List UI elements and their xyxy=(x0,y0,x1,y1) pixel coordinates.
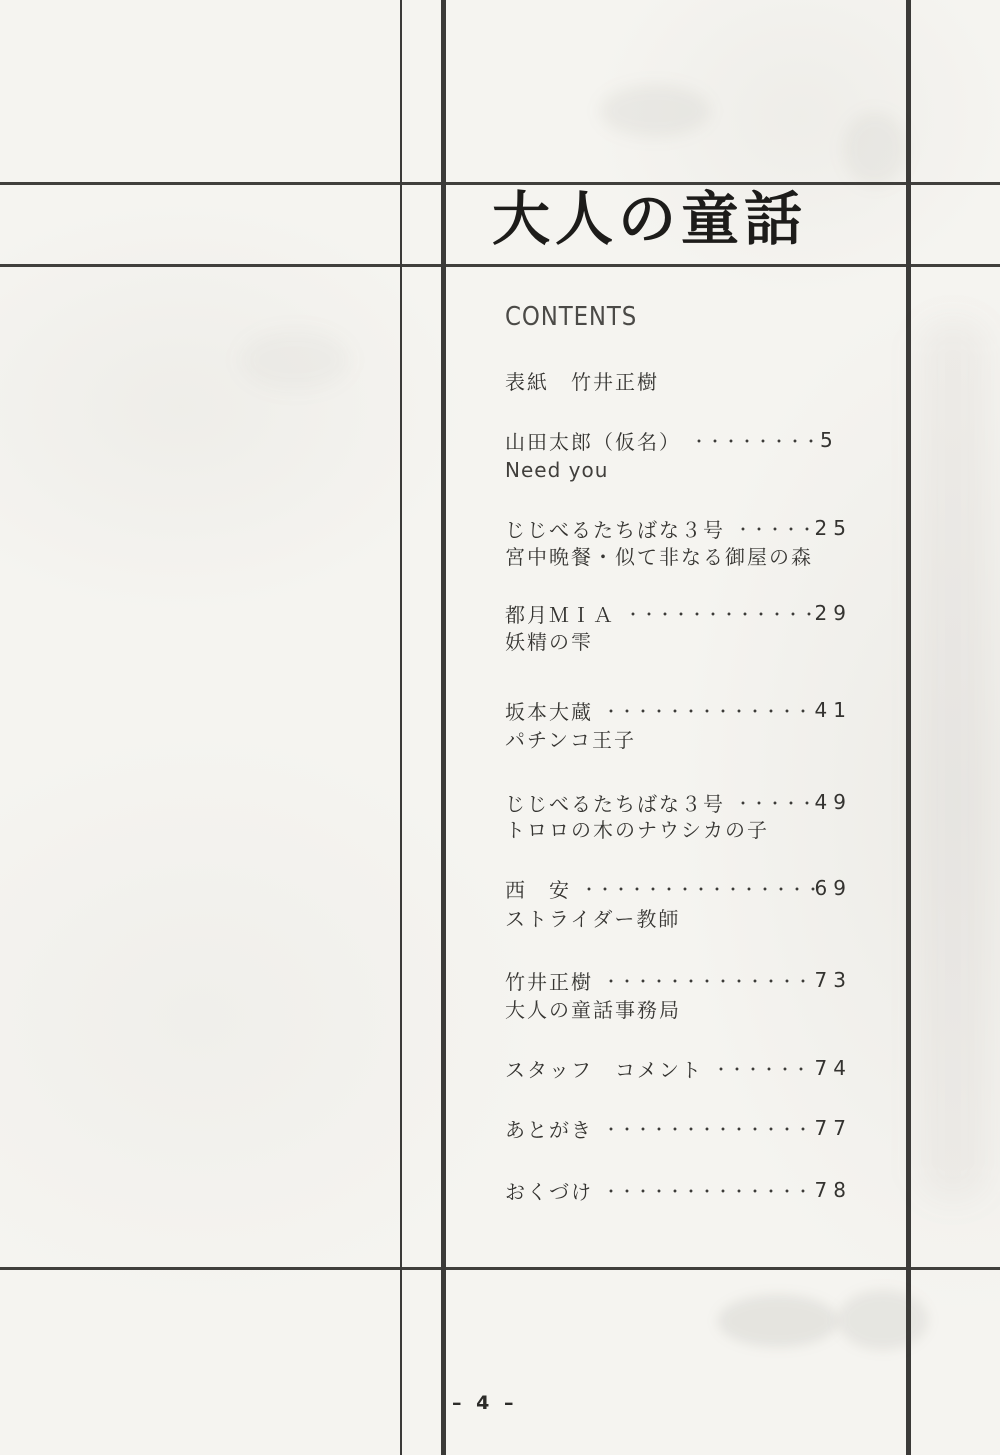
leader-dots: ・・・・・・・・・・・・・・・・・・・・・・・・・・・・・・ xyxy=(593,1179,815,1202)
toc-subtitle: 妖精の雫 xyxy=(505,627,852,653)
toc-entry-page: 25 xyxy=(815,516,852,540)
vertical-rule-thin xyxy=(400,0,402,1455)
toc-subtitle-label: ストライダー教師 xyxy=(505,903,680,932)
toc-entry-page: 29 xyxy=(815,601,852,625)
toc-subtitle: 宮中晩餐・似て非なる御屋の森 xyxy=(505,542,852,568)
showthrough-smudge xyxy=(240,330,350,390)
leader-dots: ・・・・・・・・・・・・・・・・・・・・・・・・・・・・・・ xyxy=(615,602,815,625)
toc-entry-label: 山田太郎（仮名） xyxy=(505,426,681,455)
toc-subtitle-label: 妖精の雫 xyxy=(505,626,593,655)
toc-subtitle: トロロの木のナウシカの子 xyxy=(505,815,852,841)
showthrough-smudge xyxy=(843,112,907,186)
leader-dots: ・・・・・・・・・・・・・・・・・・・・・・・・・・・・・・ xyxy=(703,1057,815,1080)
leader-dots: ・・・・・・・・・・・・・・・・・・・・・・・・・・・・・・ xyxy=(725,791,815,814)
toc-subtitle: 大人の童話事務局 xyxy=(505,995,852,1021)
toc-entry: 都月ＭＩＡ ・・・・・・・・・・・・・・・・・・・・・・・・・・・・・・ 29 xyxy=(505,600,852,626)
toc-entry: おくづけ ・・・・・・・・・・・・・・・・・・・・・・・・・・・・・・ 78 xyxy=(505,1177,852,1203)
toc-entry-label: じじべるたちばな３号 xyxy=(505,788,725,817)
showthrough-smudge xyxy=(918,320,988,1200)
toc-entry-label: 都月ＭＩＡ xyxy=(505,599,615,628)
toc-subtitle-label: パチンコ王子 xyxy=(505,724,636,753)
leader-dots: ・・・・・・・・・・・・・・・・・・・・・・・・・・・・・・ xyxy=(571,877,815,900)
toc-entry-page: 73 xyxy=(815,968,852,992)
toc-entry-label: 竹井正樹 xyxy=(505,966,593,995)
vertical-rule-thick xyxy=(441,0,446,1455)
toc-entry-page: 78 xyxy=(815,1178,852,1202)
page-number: – 4 – xyxy=(452,1392,517,1414)
toc-entry-label: じじべるたちばな３号 xyxy=(505,514,725,543)
toc-entry: じじべるたちばな３号 ・・・・・・・・・・・・・・・・・・・・・・・・・・・・・… xyxy=(505,789,852,815)
scanned-contents-page: 大人の童話 CONTENTS 表紙 竹井正樹 山田太郎（仮名） ・・・・・・・・… xyxy=(0,0,1000,1455)
toc-entry-page: 77 xyxy=(815,1116,852,1140)
horizontal-rule-bottom xyxy=(0,1267,1000,1270)
horizontal-rule-top xyxy=(0,182,1000,185)
toc-entry-label: 坂本大蔵 xyxy=(505,696,593,725)
toc-entry-page: 5 xyxy=(820,428,852,452)
showthrough-smudge xyxy=(838,1290,928,1350)
toc-entry: あとがき ・・・・・・・・・・・・・・・・・・・・・・・・・・・・・・ 77 xyxy=(505,1115,852,1141)
toc-subtitle-label: Need you xyxy=(505,458,608,482)
toc-entry: 西 安 ・・・・・・・・・・・・・・・・・・・・・・・・・・・・・・ 69 xyxy=(505,875,852,901)
toc-entry-page: 41 xyxy=(815,698,852,722)
toc-credit: 表紙 竹井正樹 xyxy=(505,367,852,393)
toc-entry: 坂本大蔵 ・・・・・・・・・・・・・・・・・・・・・・・・・・・・・・ 41 xyxy=(505,697,852,723)
leader-dots: ・・・・・・・・・・・・・・・・・・・・・・・・・・・・・・ xyxy=(681,429,820,452)
toc-entry-page: 49 xyxy=(815,790,852,814)
toc-entry-label: あとがき xyxy=(505,1114,593,1143)
toc-entry: じじべるたちばな３号 ・・・・・・・・・・・・・・・・・・・・・・・・・・・・・… xyxy=(505,515,852,541)
book-title: 大人の童話 xyxy=(492,188,807,252)
showthrough-smudge xyxy=(600,85,710,137)
showthrough-smudge xyxy=(718,1295,838,1347)
toc-credit-label: 表紙 竹井正樹 xyxy=(505,366,659,395)
toc-entry-label: スタッフ コメント xyxy=(505,1054,703,1083)
leader-dots: ・・・・・・・・・・・・・・・・・・・・・・・・・・・・・・ xyxy=(593,699,815,722)
leader-dots: ・・・・・・・・・・・・・・・・・・・・・・・・・・・・・・ xyxy=(725,517,815,540)
toc-subtitle: ストライダー教師 xyxy=(505,904,852,930)
toc-entry-label: おくづけ xyxy=(505,1176,593,1205)
toc-entry: スタッフ コメント ・・・・・・・・・・・・・・・・・・・・・・・・・・・・・・… xyxy=(505,1055,852,1081)
horizontal-rule-under-title xyxy=(0,264,1000,267)
toc-entry: 竹井正樹 ・・・・・・・・・・・・・・・・・・・・・・・・・・・・・・ 73 xyxy=(505,967,852,993)
toc-entry-page: 74 xyxy=(815,1056,852,1080)
toc-subtitle: パチンコ王子 xyxy=(505,725,852,751)
leader-dots: ・・・・・・・・・・・・・・・・・・・・・・・・・・・・・・ xyxy=(593,1117,815,1140)
toc-subtitle-label: 宮中晩餐・似て非なる御屋の森 xyxy=(505,541,813,570)
toc-subtitle: Need you xyxy=(505,457,852,483)
toc-entry-label: 西 安 xyxy=(505,874,571,903)
toc-entry-page: 69 xyxy=(815,876,852,900)
toc-subtitle-label: 大人の童話事務局 xyxy=(505,994,681,1023)
contents-heading: CONTENTS xyxy=(505,303,637,331)
vertical-rule-right xyxy=(906,0,911,1455)
leader-dots: ・・・・・・・・・・・・・・・・・・・・・・・・・・・・・・ xyxy=(593,969,815,992)
toc-subtitle-label: トロロの木のナウシカの子 xyxy=(505,814,769,843)
toc-entry: 山田太郎（仮名） ・・・・・・・・・・・・・・・・・・・・・・・・・・・・・・ … xyxy=(505,427,852,453)
